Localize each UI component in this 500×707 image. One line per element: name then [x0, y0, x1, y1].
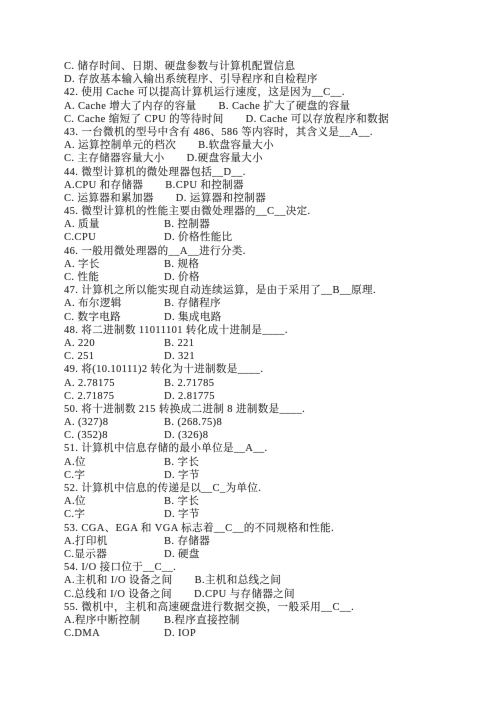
question-stem-text: 43. 一台微机的型号中含有 486、586 等内容时，其含义是__A__. — [64, 127, 373, 138]
option-right: D.CPU 与存储器之间 — [194, 588, 295, 601]
option-row: C. 性能D. 价格 — [64, 271, 476, 284]
option-right: B. 存储器 — [164, 535, 210, 548]
option-row: A. 布尔逻辑B. 存储程序 — [64, 297, 476, 310]
option-row: A.程序中断控制B.程序直接控制 — [64, 614, 476, 627]
question-stem-text: 51. 计算机中信息存储的最小单位是__A__. — [64, 443, 268, 454]
option-row: C. 运算器和累加器D. 运算器和控制器 — [64, 192, 476, 205]
option-left: A. 字长 — [64, 258, 164, 271]
option-left: A.程序中断控制 — [64, 614, 164, 627]
question-stem-text: 49. 将(10.10111)2 转化为十进制数是____. — [64, 364, 263, 375]
option-left: A. 220 — [64, 337, 164, 350]
option-row: C. Cache 缩短了 CPU 的等待时间D. Cache 可以存放程序和数据 — [64, 113, 476, 126]
question-stem-text: 45. 微型计算机的性能主要由微处理器的__C__决定. — [64, 206, 311, 217]
option-row: A. 字长B. 规格 — [64, 258, 476, 271]
option-left: A.位 — [64, 495, 164, 508]
option-row: A.打印机B. 存储器 — [64, 535, 476, 548]
option-right: D. 硬盘 — [164, 548, 200, 561]
option-row: A.位B. 字长 — [64, 456, 476, 469]
option-row: A. 2.78175B. 2.71785 — [64, 377, 476, 390]
option-right: B. 221 — [164, 337, 194, 350]
option-left: A.位 — [64, 456, 164, 469]
option-right: D. Cache 可以存放程序和数据 — [246, 113, 389, 126]
question-stem: 49. 将(10.10111)2 转化为十进制数是____. — [64, 363, 476, 376]
question-stem: 53. CGA、EGA 和 VGA 标志着__C__的不同规格和性能. — [64, 522, 476, 535]
question-stem-text: 47. 计算机之所以能实现自动连续运算，是由于采用了__B__原理. — [64, 285, 376, 296]
option-row: A. Cache 增大了内存的容量B. Cache 扩大了硬盘的容量 — [64, 100, 476, 113]
option-left: A. Cache 增大了内存的容量 — [64, 100, 219, 113]
option-row: C.字D. 字节 — [64, 508, 476, 521]
question-stem: 43. 一台微机的型号中含有 486、586 等内容时，其含义是__A__. — [64, 126, 476, 139]
option-right: B. Cache 扩大了硬盘的容量 — [219, 100, 351, 113]
question-stem: 45. 微型计算机的性能主要由微处理器的__C__决定. — [64, 205, 476, 218]
option-right: B. 2.71785 — [164, 377, 214, 390]
orphan-option-line: C. 储存时间、日期、硬盘参数与计算机配置信息 — [64, 60, 476, 73]
option-left: C.字 — [64, 508, 164, 521]
option-row: A. 运算控制单元的档次B.软盘容量大小 — [64, 139, 476, 152]
option-row: C.显示器D. 硬盘 — [64, 548, 476, 561]
option-right: D.硬盘容量大小 — [187, 152, 263, 165]
option-row: C. 数字电路D. 集成电路 — [64, 311, 476, 324]
option-right: B. 字长 — [164, 495, 199, 508]
option-right: B.主机和总线之间 — [195, 574, 282, 587]
option-left: C. (352)8 — [64, 429, 164, 442]
orphan-option-line-text: C. 储存时间、日期、硬盘参数与计算机配置信息 — [64, 61, 295, 72]
option-right: D. 价格 — [164, 271, 200, 284]
question-stem: 47. 计算机之所以能实现自动连续运算，是由于采用了__B__原理. — [64, 284, 476, 297]
option-right: D. 价格性能比 — [164, 231, 233, 244]
question-stem-text: 54. I/O 接口位于__C__. — [64, 562, 176, 573]
option-row: C.字D. 字节 — [64, 469, 476, 482]
question-stem: 55. 微机中，主机和高速硬盘进行数据交换，一般采用__C__. — [64, 601, 476, 614]
option-row: A.主机和 I/O 设备之间B.主机和总线之间 — [64, 574, 476, 587]
option-right: D. 字节 — [164, 508, 200, 521]
option-right: D. 字节 — [164, 469, 200, 482]
option-row: A. (327)8B. (268.75)8 — [64, 416, 476, 429]
question-stem: 52. 计算机中信息的传递是以__C_为单位. — [64, 482, 476, 495]
option-left: A.打印机 — [64, 535, 164, 548]
option-row: A. 220B. 221 — [64, 337, 476, 350]
option-row: C.CPUD. 价格性能比 — [64, 231, 476, 244]
option-left: A.主机和 I/O 设备之间 — [64, 574, 195, 587]
exam-question-list: C. 储存时间、日期、硬盘参数与计算机配置信息D. 存放基本输入输出系统程序、引… — [64, 60, 476, 640]
option-left: A. 运算控制单元的档次 — [64, 139, 198, 152]
option-right: B. 字长 — [164, 456, 199, 469]
option-left: A. 布尔逻辑 — [64, 297, 164, 310]
question-stem-text: 44. 微型计算机的微处理器包括__D__. — [64, 167, 246, 178]
option-left: C. 运算器和累加器 — [64, 192, 176, 205]
option-left: C.显示器 — [64, 548, 164, 561]
document-page: C. 储存时间、日期、硬盘参数与计算机配置信息D. 存放基本输入输出系统程序、引… — [0, 0, 500, 707]
option-row: A.位B. 字长 — [64, 495, 476, 508]
option-left: A. 质量 — [64, 218, 164, 231]
option-row: C.总线和 I/O 设备之间D.CPU 与存储器之间 — [64, 588, 476, 601]
question-stem-text: 50. 将十进制数 215 转换成二进制 8 进制数是____. — [64, 404, 305, 415]
option-left: C. 数字电路 — [64, 311, 164, 324]
option-right: D. IOP — [164, 627, 196, 640]
option-left: C.CPU — [64, 231, 164, 244]
option-row: C. 2.71875D. 2.81775 — [64, 390, 476, 403]
option-right: D. 321 — [164, 350, 195, 363]
option-left: C. 性能 — [64, 271, 164, 284]
option-row: A. 质量B. 控制器 — [64, 218, 476, 231]
option-right: D. (326)8 — [164, 429, 208, 442]
question-stem: 51. 计算机中信息存储的最小单位是__A__. — [64, 442, 476, 455]
orphan-option-line-text: D. 存放基本输入输出系统程序、引导程序和自检程序 — [64, 74, 318, 85]
option-row: A.CPU 和存储器B.CPU 和控制器 — [64, 179, 476, 192]
option-left: C. 251 — [64, 350, 164, 363]
option-row: C. 251D. 321 — [64, 350, 476, 363]
option-row: C. 主存储器容量大小D.硬盘容量大小 — [64, 152, 476, 165]
question-stem-text: 53. CGA、EGA 和 VGA 标志着__C__的不同规格和性能. — [64, 523, 334, 534]
option-right: D. 运算器和控制器 — [176, 192, 266, 205]
option-left: C.字 — [64, 469, 164, 482]
option-right: D. 2.81775 — [164, 390, 215, 403]
option-left: C. 2.71875 — [64, 390, 164, 403]
question-stem-text: 42. 使用 Cache 可以提高计算机运行速度，这是因为__C__. — [64, 87, 345, 98]
question-stem: 48. 将二进制数 11011101 转化成十进制是____. — [64, 324, 476, 337]
option-right: B.程序直接控制 — [164, 614, 240, 627]
question-stem-text: 52. 计算机中信息的传递是以__C_为单位. — [64, 483, 261, 494]
option-right: B. 存储程序 — [164, 297, 221, 310]
option-row: C.DMAD. IOP — [64, 627, 476, 640]
question-stem: 44. 微型计算机的微处理器包括__D__. — [64, 166, 476, 179]
question-stem: 46. 一般用微处理器的__A__进行分类. — [64, 245, 476, 258]
option-left: A.CPU 和存储器 — [64, 179, 165, 192]
option-left: C.总线和 I/O 设备之间 — [64, 588, 194, 601]
question-stem: 50. 将十进制数 215 转换成二进制 8 进制数是____. — [64, 403, 476, 416]
option-left: C. Cache 缩短了 CPU 的等待时间 — [64, 113, 246, 126]
option-left: C.DMA — [64, 627, 164, 640]
question-stem: 54. I/O 接口位于__C__. — [64, 561, 476, 574]
option-left: C. 主存储器容量大小 — [64, 152, 187, 165]
option-right: B. (268.75)8 — [164, 416, 222, 429]
option-right: B. 控制器 — [164, 218, 210, 231]
option-right: B.CPU 和控制器 — [165, 179, 244, 192]
option-right: B.软盘容量大小 — [198, 139, 274, 152]
question-stem: 42. 使用 Cache 可以提高计算机运行速度，这是因为__C__. — [64, 86, 476, 99]
orphan-option-line: D. 存放基本输入输出系统程序、引导程序和自检程序 — [64, 73, 476, 86]
option-right: D. 集成电路 — [164, 311, 222, 324]
option-row: C. (352)8D. (326)8 — [64, 429, 476, 442]
option-left: A. (327)8 — [64, 416, 164, 429]
option-right: B. 规格 — [164, 258, 199, 271]
question-stem-text: 48. 将二进制数 11011101 转化成十进制是____. — [64, 325, 288, 336]
question-stem-text: 46. 一般用微处理器的__A__进行分类. — [64, 246, 246, 257]
option-left: A. 2.78175 — [64, 377, 164, 390]
question-stem-text: 55. 微机中，主机和高速硬盘进行数据交换，一般采用__C__. — [64, 602, 354, 613]
